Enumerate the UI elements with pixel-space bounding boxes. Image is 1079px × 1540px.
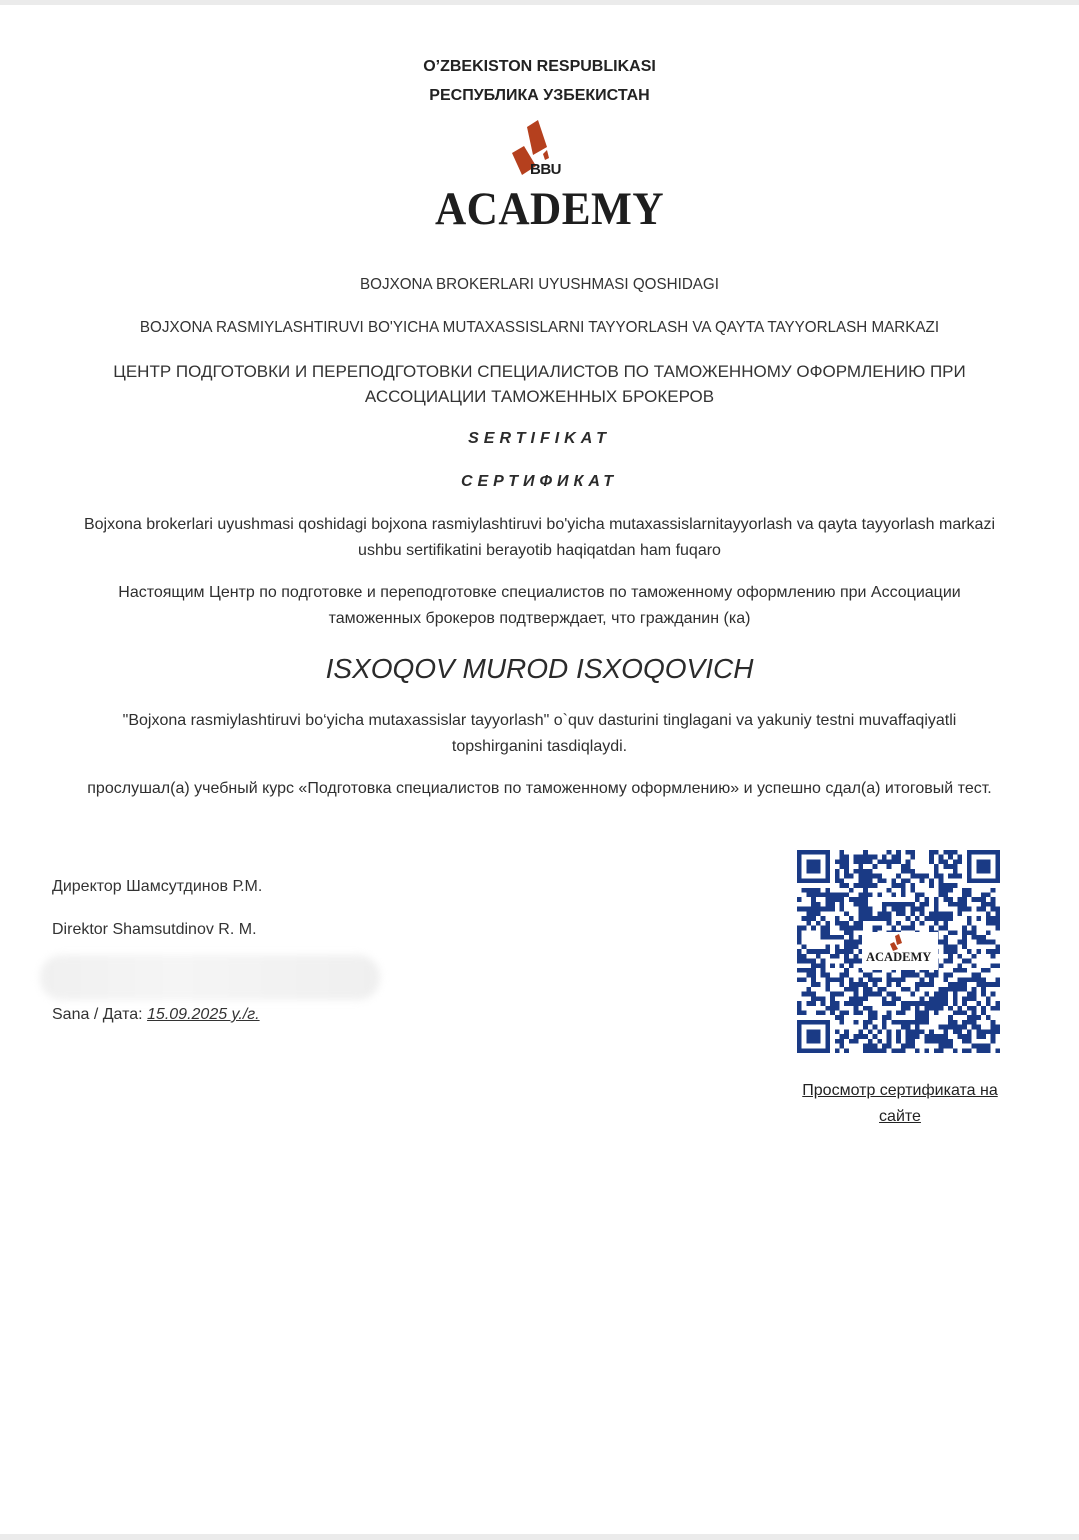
- redacted-signature: [40, 955, 380, 1000]
- intro-ru-line-1: Настоящим Центр по подготовке и переподг…: [0, 580, 1079, 606]
- certificate-title-ru: СЕРТИФИКАТ: [0, 473, 1079, 491]
- country-uz: O’ZBEKISTON RESPUBLIKASI: [0, 58, 1079, 76]
- qr-logo-wordmark: ACADEMY: [866, 950, 931, 965]
- course-uz-line-2: topshirganini tasdiqlaydi.: [0, 734, 1079, 760]
- course-ru: прослушал(а) учебный курс «Подготовка сп…: [0, 776, 1079, 802]
- bbu-logo-icon: [430, 120, 655, 190]
- intro-uz-line-1: Bojxona brokerlari uyushmasi qoshidagi b…: [0, 512, 1079, 538]
- certificate-title-uz: SERTIFIKAT: [0, 430, 1079, 448]
- date-value: 15.09.2025 y./г.: [147, 1006, 260, 1023]
- logo-bbu-text: BBU: [530, 161, 561, 178]
- date-label: Sana / Дата:: [52, 1006, 147, 1023]
- view-certificate-link[interactable]: Просмотр сертификата на сайте: [780, 1078, 1020, 1130]
- org-ru-line-1: ЦЕНТР ПОДГОТОВКИ И ПЕРЕПОДГОТОВКИ СПЕЦИА…: [0, 359, 1079, 384]
- bottom-edge: [0, 1534, 1079, 1540]
- org-line-1: BOJXONA BROKERLARI UYUSHMASI QOSHIDAGI: [27, 276, 1052, 294]
- course-uz-line-1: "Bojxona rasmiylashtiruvi bo‘yicha mutax…: [0, 708, 1079, 734]
- org-ru-line-2: АССОЦИАЦИИ ТАМОЖЕННЫХ БРОКЕРОВ: [0, 384, 1079, 409]
- date-row: Sana / Дата: 15.09.2025 y./г.: [52, 1006, 260, 1024]
- country-ru: РЕСПУБЛИКА УЗБЕКИСТАН: [0, 87, 1079, 105]
- recipient-name: ISXOQOV MUROD ISXOQOVICH: [0, 653, 1079, 685]
- org-line-2: BOJXONA RASMIYLASHTIRUVI BO'YICHA MUTAXA…: [27, 319, 1052, 337]
- director-uz: Direktor Shamsutdinov R. M.: [52, 921, 257, 939]
- director-ru: Директор Шамсутдинов Р.М.: [52, 878, 262, 896]
- intro-uz-line-2: ushbu sertifikatini berayotib haqiqatdan…: [0, 538, 1079, 564]
- qr-logo-icon: [862, 932, 938, 952]
- qr-center-logo: ACADEMY: [862, 932, 938, 970]
- academy-logo: BBU ACADEMY: [430, 120, 655, 230]
- logo-wordmark: ACADEMY: [435, 182, 664, 236]
- top-edge: [0, 0, 1079, 5]
- intro-ru-line-2: таможенных брокеров подтверждает, что гр…: [0, 606, 1079, 632]
